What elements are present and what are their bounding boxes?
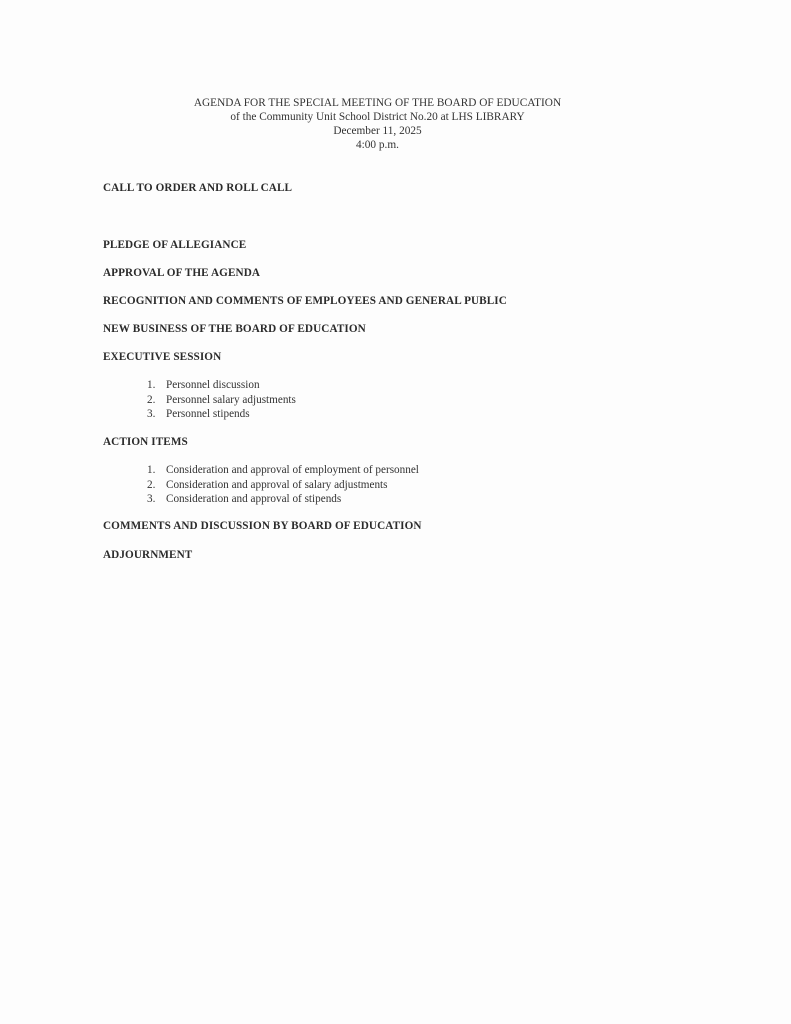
section-new-business: NEW BUSINESS OF THE BOARD OF EDUCATION (103, 323, 366, 335)
meeting-time: 4:00 p.m. (0, 138, 755, 152)
section-approval-agenda: APPROVAL OF THE AGENDA (103, 267, 260, 279)
list-item: 2.Consideration and approval of salary a… (147, 478, 419, 493)
section-recognition: RECOGNITION AND COMMENTS OF EMPLOYEES AN… (103, 295, 507, 307)
document-page: AGENDA FOR THE SPECIAL MEETING OF THE BO… (0, 0, 791, 1024)
list-item: 2.Personnel salary adjustments (147, 393, 296, 408)
list-item: 3.Personnel stipends (147, 407, 296, 422)
agenda-header: AGENDA FOR THE SPECIAL MEETING OF THE BO… (0, 96, 755, 152)
list-item: 1.Personnel discussion (147, 378, 296, 393)
section-comments: COMMENTS AND DISCUSSION BY BOARD OF EDUC… (103, 520, 422, 532)
section-adjournment: ADJOURNMENT (103, 549, 192, 561)
action-items-list: 1.Consideration and approval of employme… (147, 463, 419, 507)
header-subtitle: of the Community Unit School District No… (0, 110, 755, 124)
list-item: 1.Consideration and approval of employme… (147, 463, 419, 478)
header-title: AGENDA FOR THE SPECIAL MEETING OF THE BO… (0, 96, 755, 110)
section-executive-session: EXECUTIVE SESSION (103, 351, 221, 363)
executive-session-list: 1.Personnel discussion 2.Personnel salar… (147, 378, 296, 422)
section-pledge: PLEDGE OF ALLEGIANCE (103, 239, 246, 251)
list-item: 3.Consideration and approval of stipends (147, 492, 419, 507)
meeting-date: December 11, 2025 (0, 124, 755, 138)
section-action-items: ACTION ITEMS (103, 436, 188, 448)
section-call-to-order: CALL TO ORDER AND ROLL CALL (103, 182, 292, 194)
